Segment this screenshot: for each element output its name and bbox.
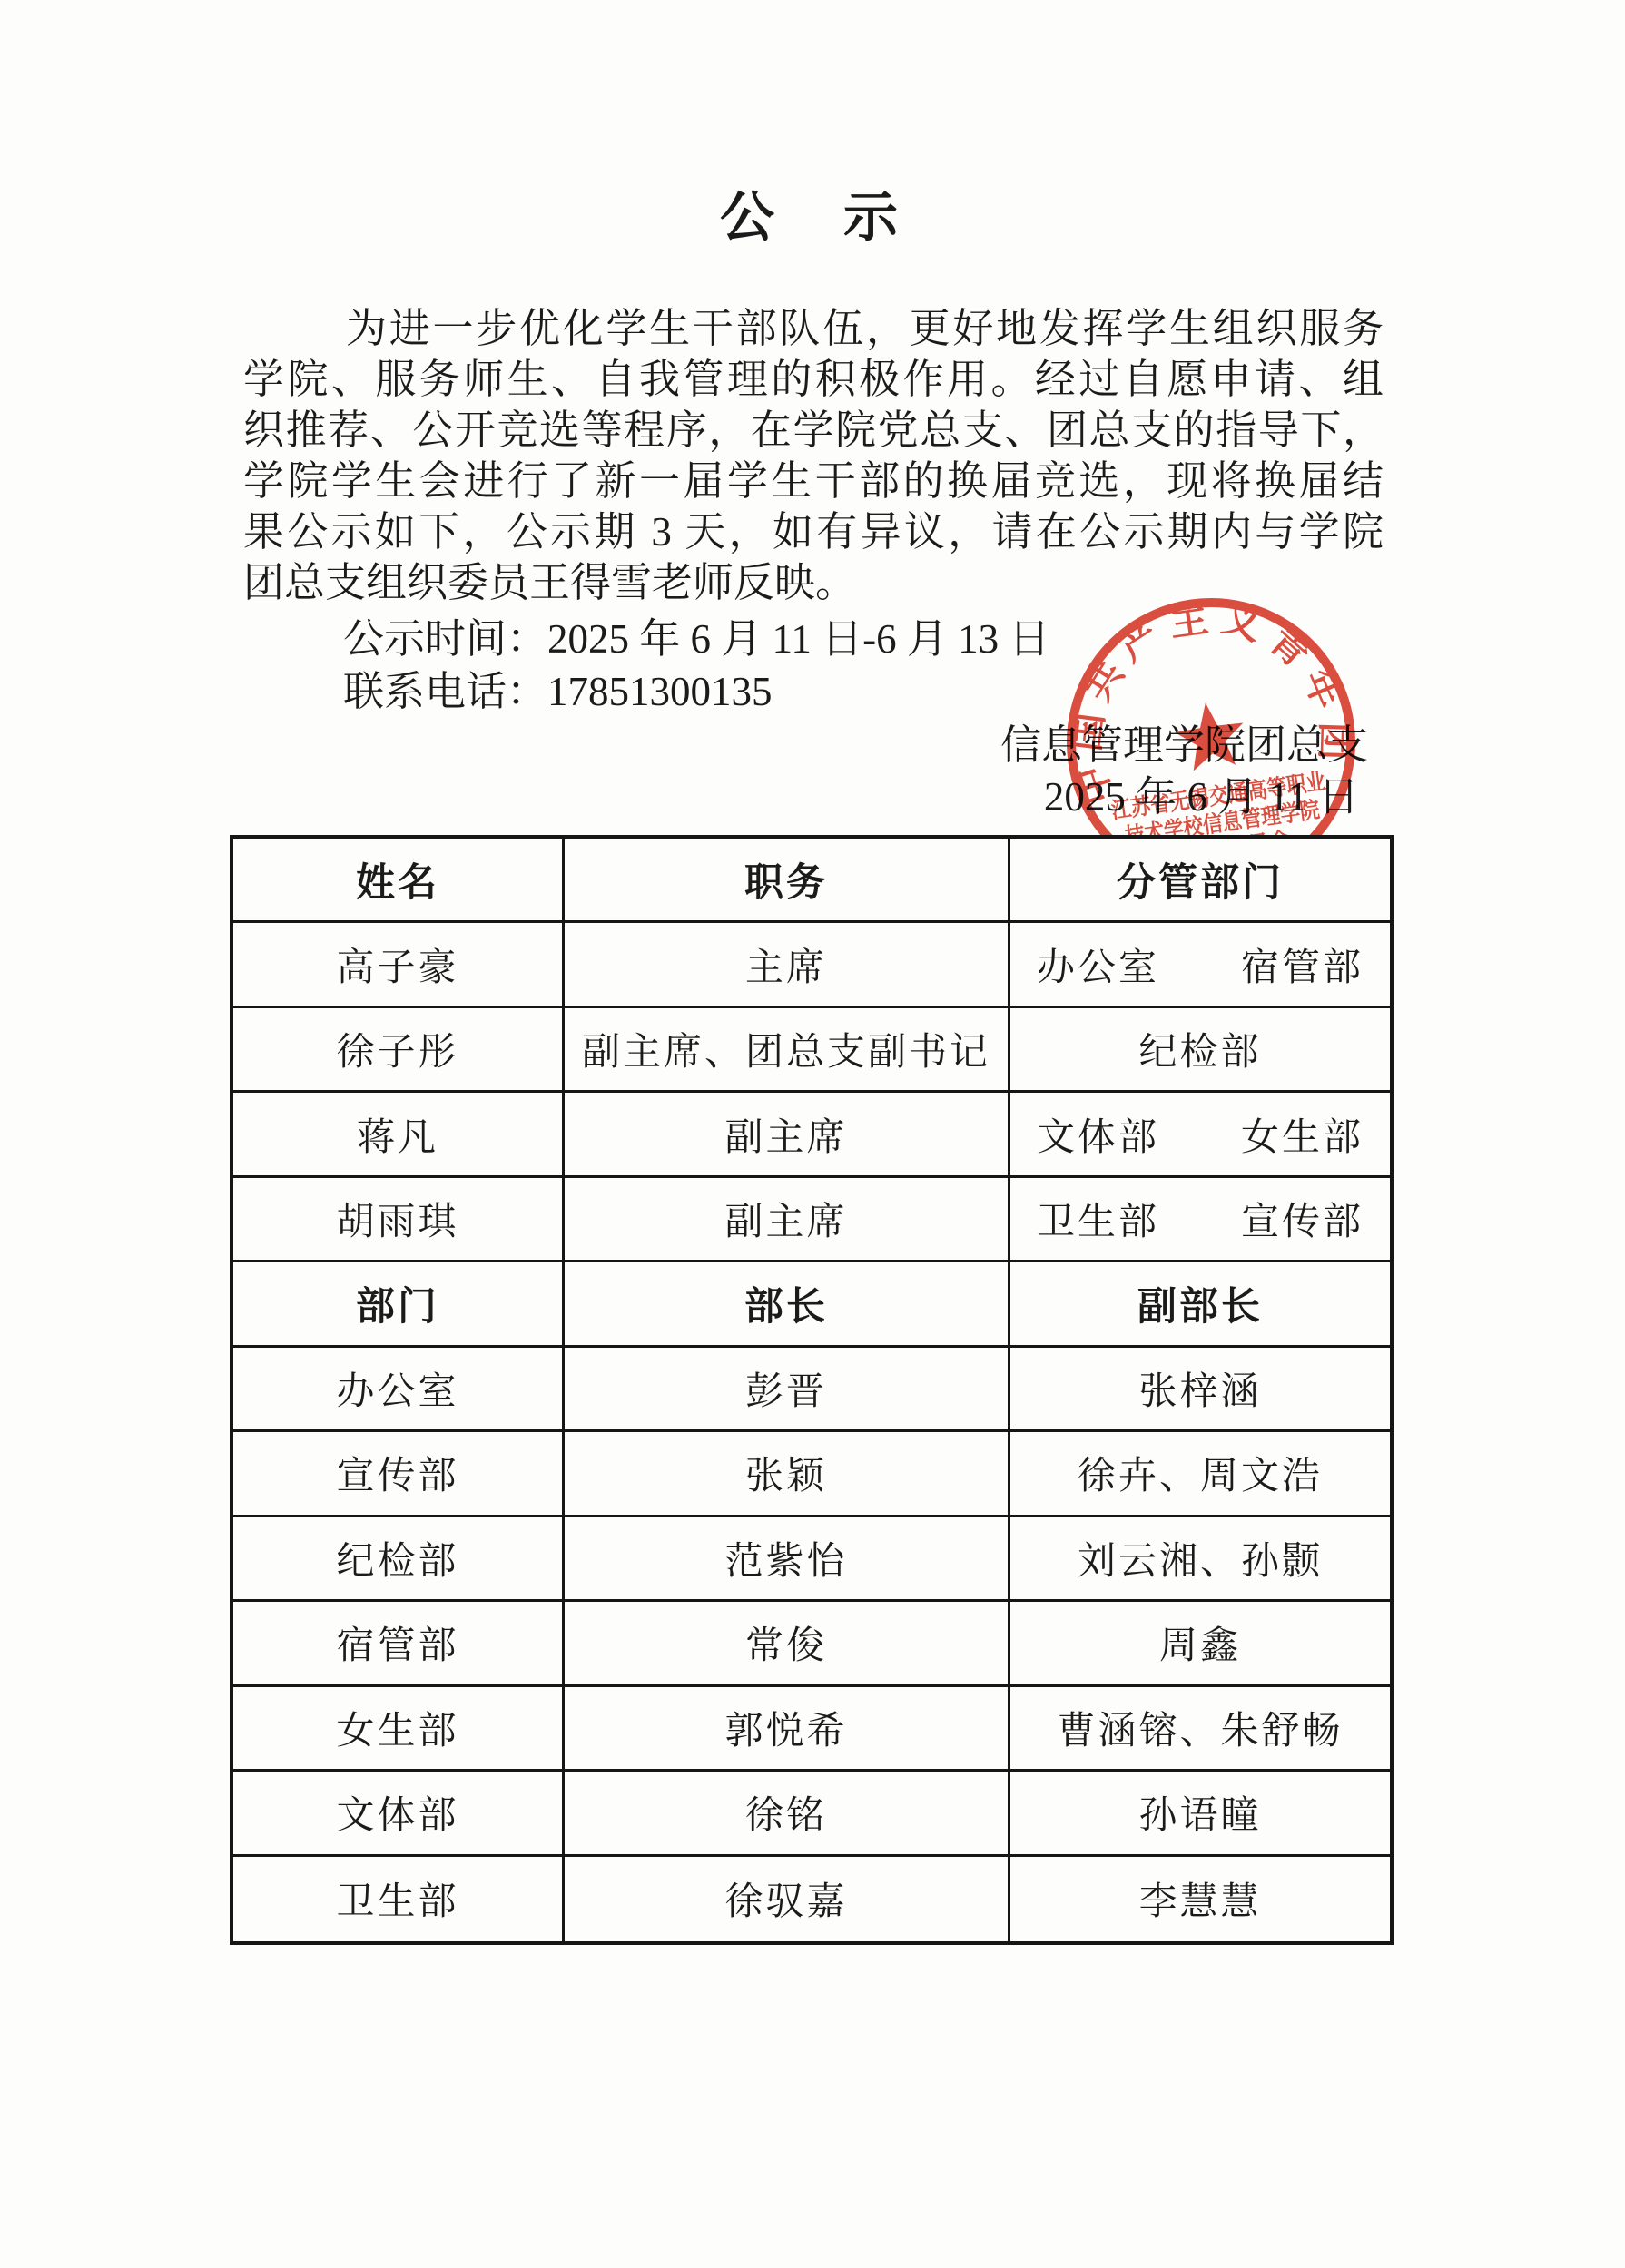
table-cell: 纪检部 <box>1010 1008 1390 1093</box>
body-line: 为进一步优化学生干部队伍，更好地发挥学生组织服务 <box>243 305 1384 352</box>
body-line: 果公示如下，公示期 3 天，如有异议，请在公示期内与学院 <box>243 508 1384 555</box>
notice-period-line: 公示时间：2025 年 6 月 11 日-6 月 13 日 <box>343 615 1049 663</box>
table-header-cell: 副部长 <box>1010 1262 1390 1347</box>
table-cell: 蒋凡 <box>233 1093 565 1177</box>
table-cell: 彭晋 <box>565 1348 1010 1432</box>
table-cell: 办公室 <box>233 1348 565 1432</box>
table-cell: 副主席 <box>565 1093 1010 1177</box>
table-cell: 徐铭 <box>565 1772 1010 1856</box>
table-cell: 卫生部 宣传部 <box>1010 1178 1390 1262</box>
table-cell: 徐卉、周文浩 <box>1010 1432 1390 1517</box>
table-cell: 周鑫 <box>1010 1602 1390 1686</box>
table-cell: 宣传部 <box>233 1432 565 1517</box>
table-header-cell: 职务 <box>565 839 1010 923</box>
table-cell: 郭悦希 <box>565 1687 1010 1772</box>
table-header-cell: 部门 <box>233 1262 565 1347</box>
table-cell: 刘云湘、孙颢 <box>1010 1517 1390 1602</box>
table-cell: 徐子彤 <box>233 1008 565 1093</box>
table-cell: 高子豪 <box>233 923 565 1007</box>
roster-table: 姓名 职务 分管部门 高子豪 主席 办公室 宿管部 徐子彤 副主席、团总支副书记… <box>230 835 1394 1945</box>
table-cell: 张梓涵 <box>1010 1348 1390 1432</box>
table-cell: 徐驭嘉 <box>565 1857 1010 1941</box>
table-cell: 常俊 <box>565 1602 1010 1686</box>
table-cell: 胡雨琪 <box>233 1178 565 1262</box>
body-line: 团总支组织委员王得雪老师反映。 <box>243 559 1384 606</box>
table-cell: 办公室 宿管部 <box>1010 923 1390 1007</box>
table-cell: 纪检部 <box>233 1517 565 1602</box>
contact-phone-line: 联系电话：17851300135 <box>343 668 773 715</box>
table-cell: 宿管部 <box>233 1602 565 1686</box>
table-cell: 文体部 女生部 <box>1010 1093 1390 1177</box>
table-cell: 主席 <box>565 923 1010 1007</box>
body-line: 学院学生会进行了新一届学生干部的换届竞选，现将换届结 <box>243 457 1384 505</box>
table-header-cell: 分管部门 <box>1010 839 1390 923</box>
table-header-cell: 姓名 <box>233 839 565 923</box>
table-cell: 孙语瞳 <box>1010 1772 1390 1856</box>
signature-date: 2025 年 6 月 11 日 <box>1044 773 1359 820</box>
table-cell: 副主席、团总支副书记 <box>565 1008 1010 1093</box>
table-cell: 曹涵镕、朱舒畅 <box>1010 1687 1390 1772</box>
table-header-cell: 部长 <box>565 1262 1010 1347</box>
table-cell: 女生部 <box>233 1687 565 1772</box>
table-cell: 李慧慧 <box>1010 1857 1390 1941</box>
body-line: 学院、服务师生、自我管理的积极作用。经过自愿申请、组 <box>243 356 1384 403</box>
table-cell: 张颖 <box>565 1432 1010 1517</box>
table-cell: 副主席 <box>565 1178 1010 1262</box>
table-cell: 卫生部 <box>233 1857 565 1941</box>
table-cell: 范紫怡 <box>565 1517 1010 1602</box>
body-line: 织推荐、公开竞选等程序，在学院党总支、团总支的指导下， <box>243 407 1384 454</box>
signature-org: 信息管理学院团总支 <box>1000 722 1368 769</box>
page-title: 公 示 <box>0 174 1625 252</box>
table-cell: 文体部 <box>233 1772 565 1856</box>
notice-document-page: 公 示 为进一步优化学生干部队伍，更好地发挥学生组织服务 学院、服务师生、自我管… <box>0 0 1625 2268</box>
